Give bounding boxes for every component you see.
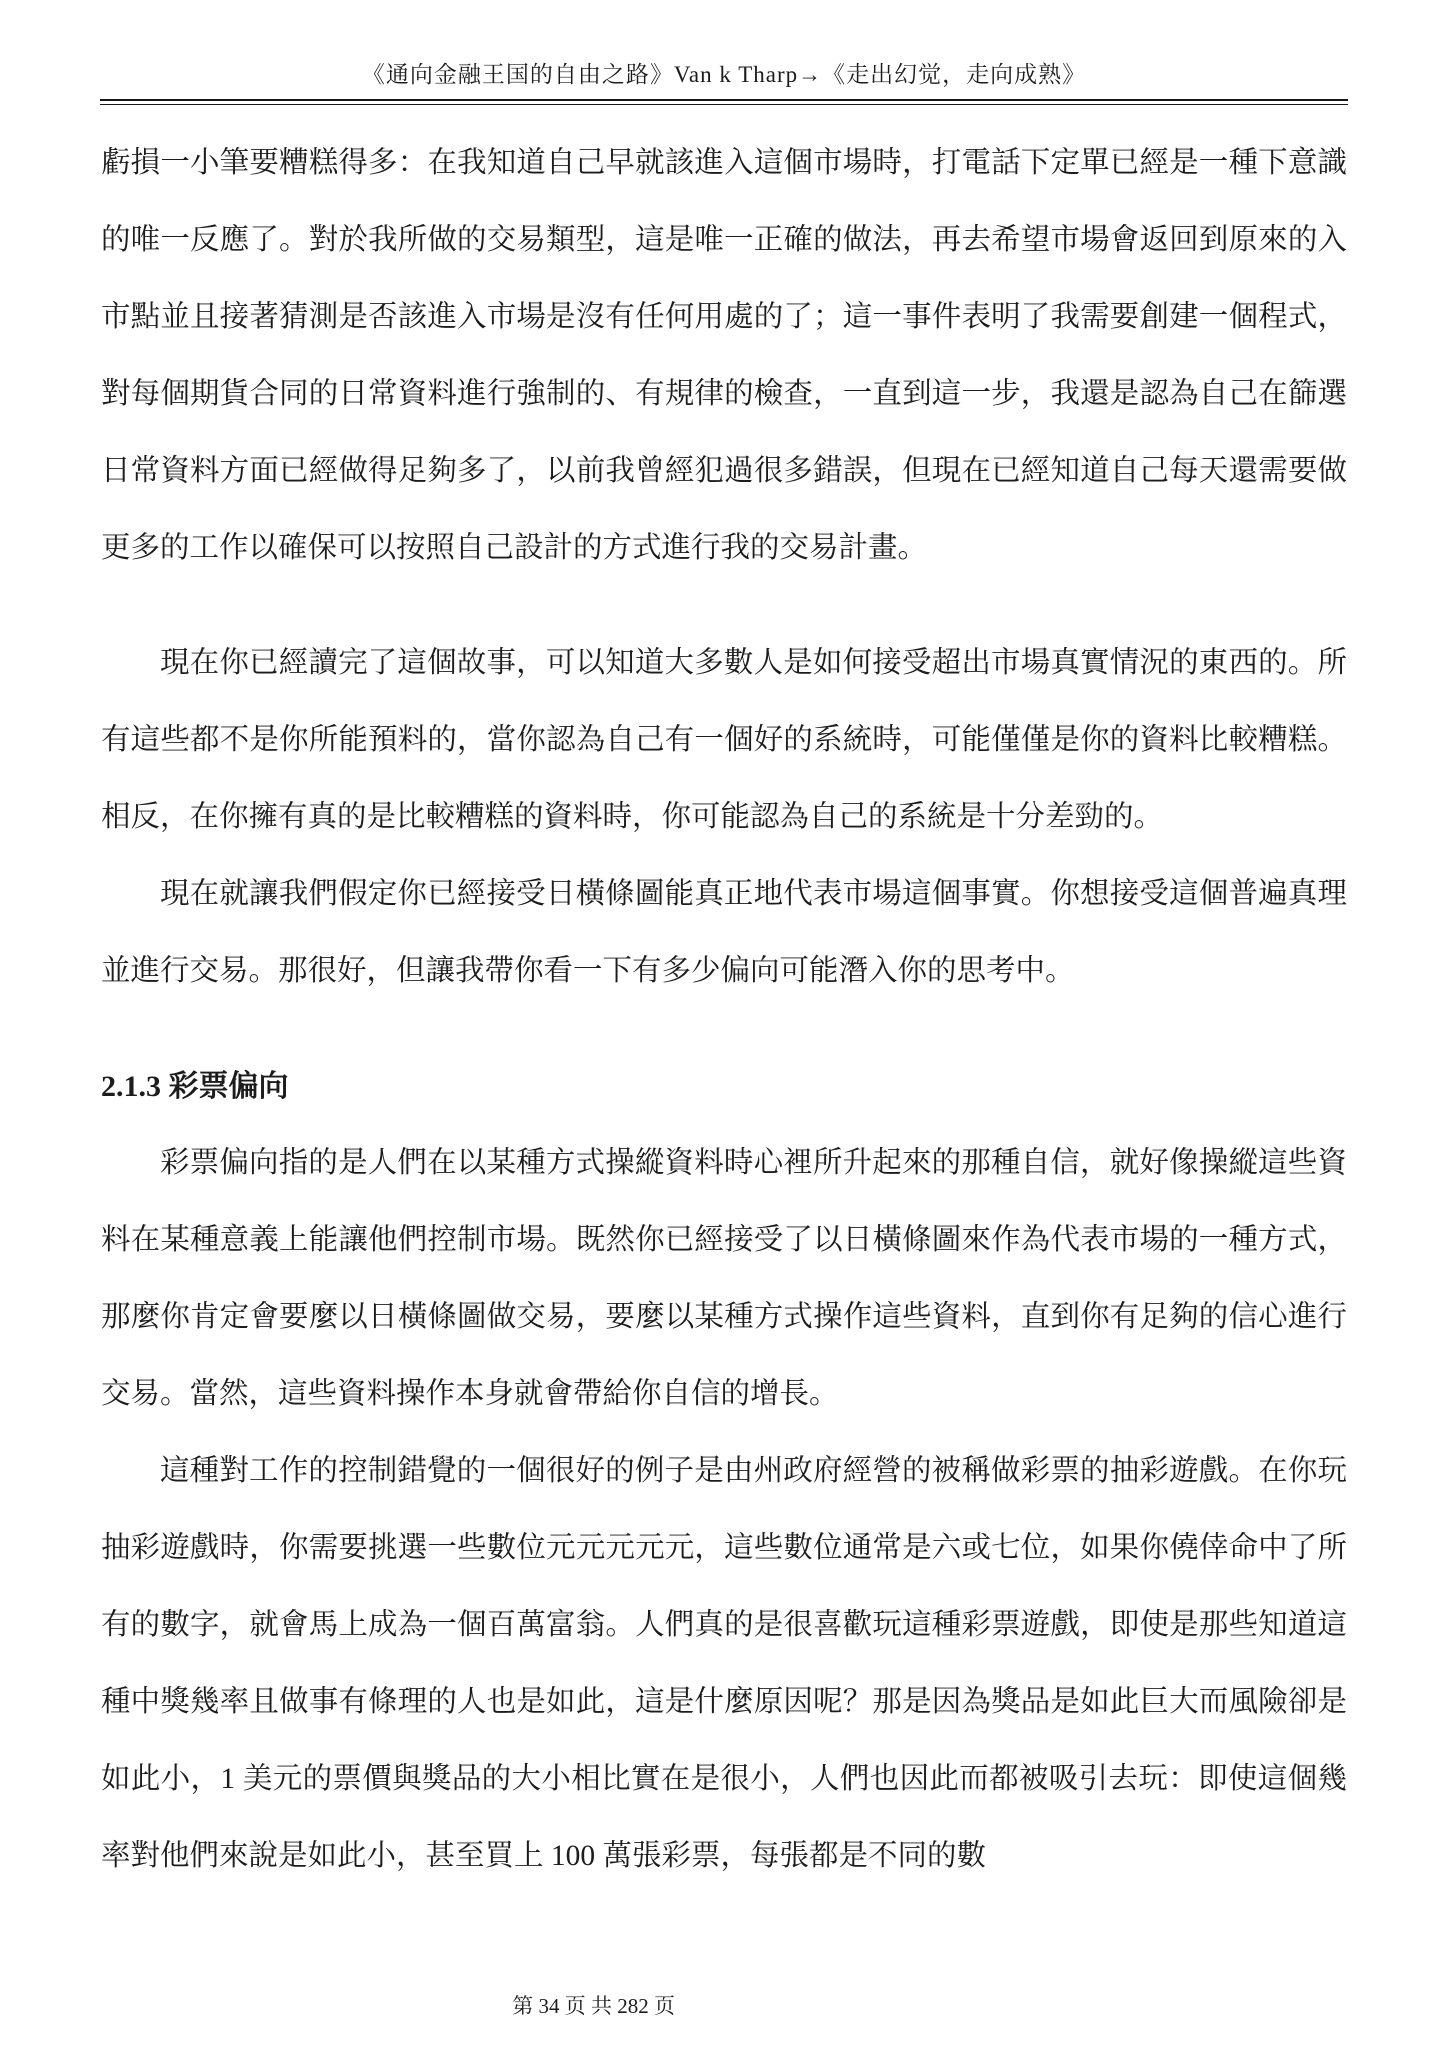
paragraph: 現在你已經讀完了這個故事，可以知道大多數人是如何接受超出市場真實情況的東西的。所…: [101, 625, 1347, 856]
paragraph: 這種對工作的控制錯覺的一個很好的例子是由州政府經營的被稱做彩票的抽彩遊戲。在你玩…: [101, 1433, 1347, 1895]
section-heading: 2.1.3 彩票偏向: [101, 1048, 1347, 1125]
document-page: 《通向金融王国的自由之路》Van k Tharp→《走出幻觉，走向成熟》 虧損一…: [0, 0, 1448, 2048]
page-number-label: 第 34 页 共 282 页: [512, 1994, 675, 2018]
page-header: 《通向金融王国的自由之路》Van k Tharp→《走出幻觉，走向成熟》: [0, 0, 1448, 105]
page-footer: 第 34 页 共 282 页: [512, 1990, 675, 2020]
paragraph: 現在就讓我們假定你已經接受日橫條圖能真正地代表市場這個事實。你想接受這個普遍真理…: [101, 856, 1347, 1010]
paragraph: 彩票偏向指的是人們在以某種方式操縱資料時心裡所升起來的那種自信，就好像操縱這些資…: [101, 1125, 1347, 1433]
paragraph-continuation: 虧損一小筆要糟糕得多：在我知道自己早就該進入這個市場時，打電話下定單已經是一種下…: [101, 125, 1347, 587]
running-head-title: 《通向金融王国的自由之路》Van k Tharp→《走出幻觉，走向成熟》: [0, 0, 1448, 90]
page-body: 虧損一小筆要糟糕得多：在我知道自己早就該進入這個市場時，打電話下定單已經是一種下…: [101, 105, 1347, 1895]
